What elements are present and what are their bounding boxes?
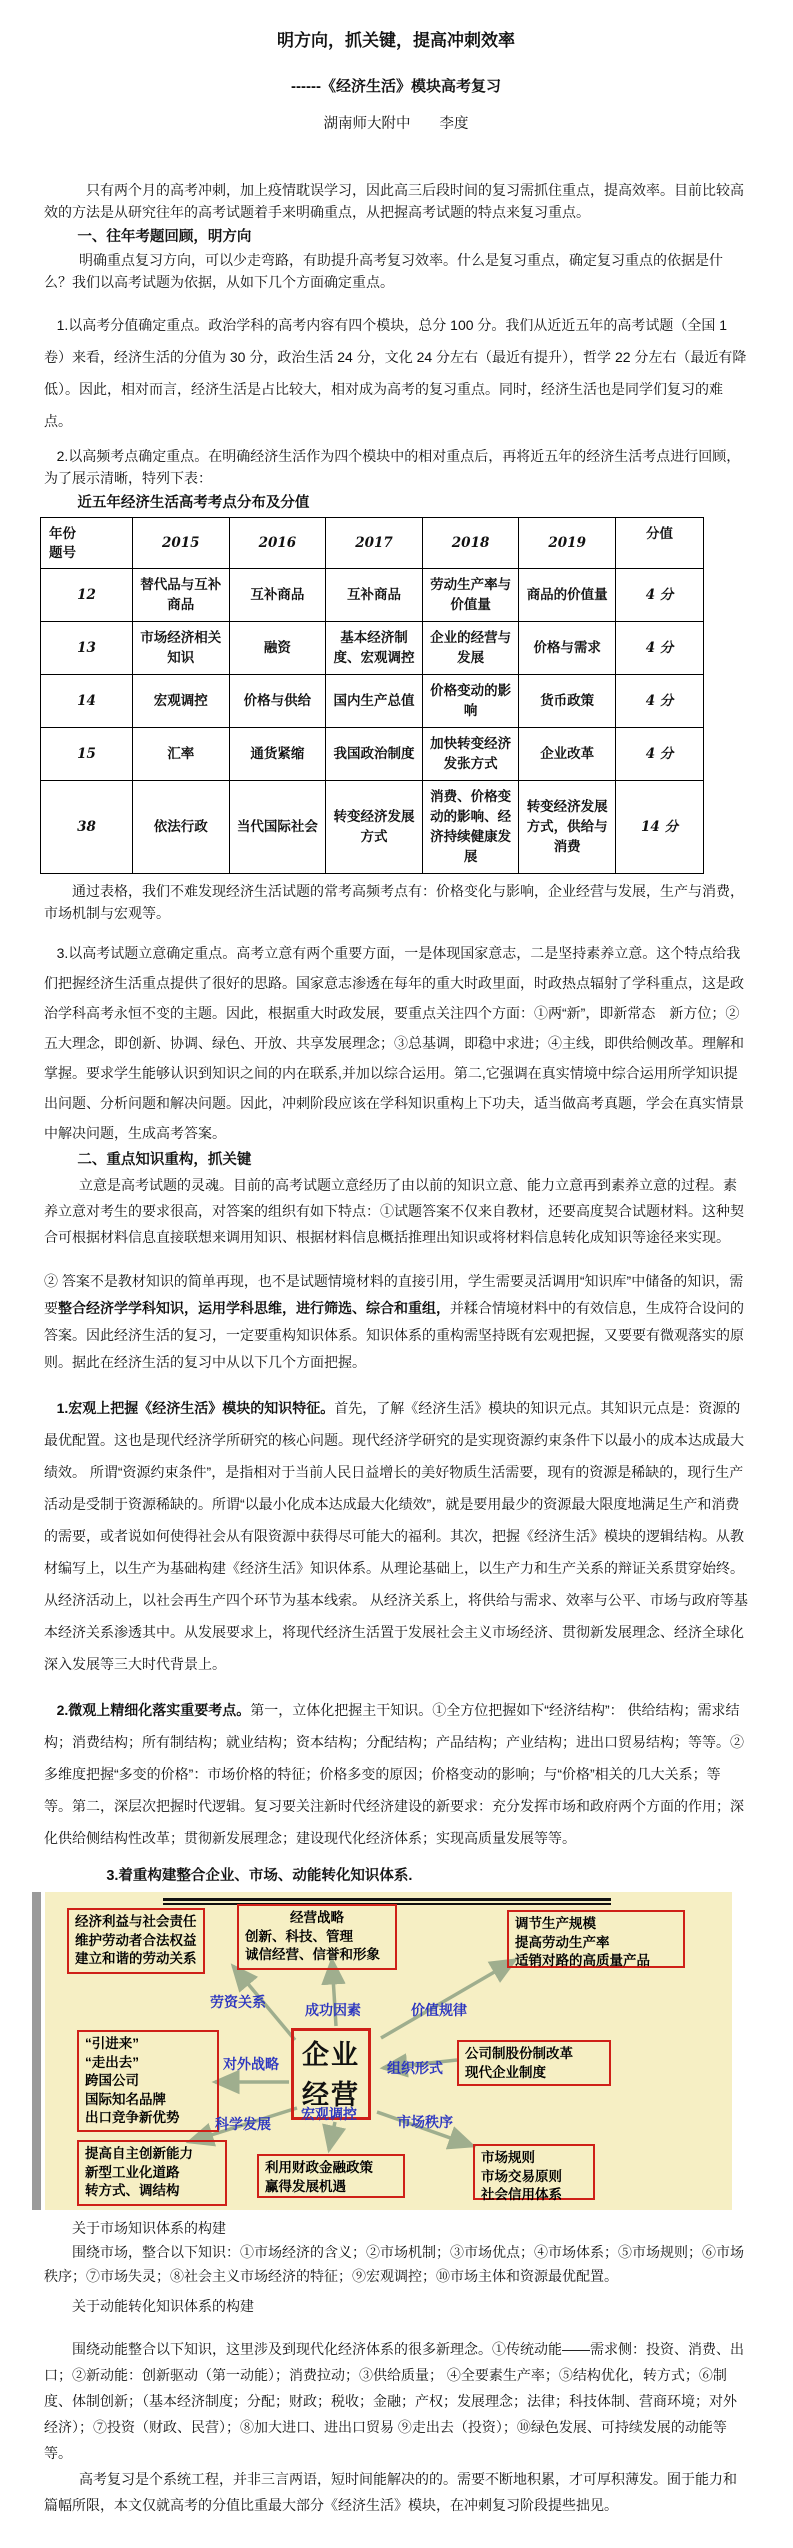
section-heading-3: 3.着重构建整合企业、市场、动能转化知识体系. [106, 1864, 748, 1888]
box-line: 调节生产规模 [515, 1915, 677, 1934]
table-corner-cell: 年份 题号 [41, 518, 133, 569]
edge-label-zuzhi: 组织形式 [387, 2058, 443, 2078]
edge-label-kexue: 科学发展 [215, 2114, 271, 2134]
score-cell: 4 分 [616, 569, 704, 622]
table-cell: 商品的价值量 [519, 569, 616, 622]
edge-label-hongguan: 宏观调控 [301, 2104, 357, 2124]
box-line: 提高劳动生产率 [515, 1934, 677, 1953]
doc-subtitle: ------《经济生活》模块高考复习 [44, 75, 748, 96]
table-cell: 依法行政 [133, 781, 230, 874]
table-cell: 市场经济相关知识 [133, 622, 230, 675]
box-line: 现代企业制度 [465, 2064, 603, 2083]
year-header: 2018 [422, 518, 519, 569]
section-heading-1: 一、往年考题回顾，明方向 [77, 225, 748, 249]
center-line1: 企业 [302, 2035, 360, 2075]
question-no: 38 [41, 781, 133, 874]
table-row: 14 宏观调控 价格与供给 国内生产总值 价格变动的影响 货币政策 4 分 [41, 675, 704, 728]
edge-label-duiwai: 对外战略 [223, 2054, 279, 2074]
diagram-left-scrollbar[interactable] [32, 1892, 41, 2210]
box-line: 赢得发展机遇 [265, 2178, 397, 2197]
table-cell: 价格与需求 [519, 622, 616, 675]
paragraph-point1: 1.以高考分值确定重点。政治学科的高考内容有四个模块，总分 100 分。我们从近… [44, 309, 748, 437]
table-cell: 转变经济发展方式 [326, 781, 423, 874]
box-line: 适销对路的高质量产品 [515, 1952, 677, 1971]
corner-line1: 年份 [49, 524, 129, 543]
paragraph-liyi: 立意是高考试题的灵魂。目前的高考试题立意经历了由以前的知识立意、能力立意再到素养… [44, 1172, 748, 1250]
year-header: 2015 [133, 518, 230, 569]
paragraph-market: 围绕市场，整合以下知识：①市场经济的含义；②市场机制；③市场优点；④市场体系；⑤… [44, 2240, 748, 2288]
table-cell: 宏观调控 [133, 675, 230, 728]
question-no: 14 [41, 675, 133, 728]
box-line: 诚信经营、信誉和形象 [245, 1946, 389, 1965]
table-cell: 当代国际社会 [229, 781, 326, 874]
box-line: “引进来” [85, 2035, 211, 2054]
table-cell: 转变经济发展方式，供给与消费 [519, 781, 616, 874]
doc-author: 湖南师大附中 李度 [44, 112, 748, 133]
table-cell: 替代品与互补商品 [133, 569, 230, 622]
question-no: 12 [41, 569, 133, 622]
table-cell: 互补商品 [326, 569, 423, 622]
year-header: 2016 [229, 518, 326, 569]
macro-rest: 首先，了解《经济生活》模块的知识元点。其知识元点是：资源的最优配置。这也是现代经… [44, 1400, 765, 1672]
corner-line2: 题号 [49, 543, 129, 562]
paragraph-direction: 明确重点复习方向，可以少走弯路，有助提升高考复习效率。什么是复习重点，确定复习重… [44, 249, 748, 293]
box-line: 出口竞争新优势 [85, 2109, 211, 2128]
edge-label-shichang: 市场秩序 [397, 2112, 453, 2132]
table-cell: 融资 [229, 622, 326, 675]
box-line: 经济利益与社会责任 [75, 1913, 197, 1932]
box-innovation: 提高自主创新能力 新型工业化道路 转方式、调结构 [77, 2140, 227, 2206]
table-row: 15 汇率 通货紧缩 我国政治制度 加快转变经济发张方式 企业改革 4 分 [41, 728, 704, 781]
paragraph-final: 高考复习是个系统工程，并非三言两语，短时间能解决的的。需要不断地积累，才可厚积薄… [44, 2466, 748, 2518]
macro-lead: 1.宏观上把握《经济生活》模块的知识特征。 [57, 1400, 335, 1416]
exam-points-table: 年份 题号 2015 2016 2017 2018 2019 分值 12 替代品… [40, 517, 704, 874]
box-business-strategy: 经营战略 创新、科技、管理 诚信经营、信誉和形象 [237, 1904, 397, 1970]
box-fiscal-policy: 利用财政金融政策 赢得发展机遇 [257, 2154, 405, 2198]
year-header: 2019 [519, 518, 616, 569]
document-page: 明方向，抓关键，提高冲刺效率 ------《经济生活》模块高考复习 湖南师大附中… [0, 0, 793, 2548]
table-row: 12 替代品与互补商品 互补商品 互补商品 劳动生产率与价值量 商品的价值量 4… [41, 569, 704, 622]
paragraph-reconstruct: ② 答案不是教材知识的简单再现，也不是试题情境材料的直接引用，学生需要灵活调用“… [44, 1268, 748, 1376]
question-no: 13 [41, 622, 133, 675]
micro-lead: 2.微观上精细化落实重要考点。 [57, 1702, 251, 1718]
box-labor-responsibility: 经济利益与社会责任 维护劳动者合法权益 建立和谐的劳动关系 [67, 1908, 205, 1974]
table-cell: 加快转变经济发张方式 [422, 728, 519, 781]
box-line: 市场规则 [481, 2149, 587, 2168]
table-cell: 劳动生产率与价值量 [422, 569, 519, 622]
box-line: 建立和谐的劳动关系 [75, 1950, 197, 1969]
box-line: 经营战略 [245, 1909, 389, 1928]
reconstruct-bold: 整合经济学学科知识，运用学科思维，进行筛选、综合和重组， [58, 1300, 450, 1316]
table-cell: 货币政策 [519, 675, 616, 728]
table-cell: 通货紧缩 [229, 728, 326, 781]
paragraph-point3: 3.以高考试题立意确定重点。高考立意有两个重要方面，一是体现国家意志，二是坚持素… [44, 938, 748, 1148]
paragraph-dongneng: 围绕动能整合以下知识，这里涉及到现代化经济体系的很多新理念。①传统动能——需求侧… [44, 2336, 748, 2466]
micro-rest: 第一，立体化把握主干知识。①全方位把握如下“经济结构”： 供给结构；需求结构；消… [44, 1702, 744, 1846]
table-header-row: 年份 题号 2015 2016 2017 2018 2019 分值 [41, 518, 704, 569]
paragraph-table-summary: 通过表格，我们不难发现经济生活试题的常考高频考点有：价格变化与影响，企业经营与发… [44, 880, 748, 924]
box-line: 公司制股份制改革 [465, 2045, 603, 2064]
paragraph-dongneng-title: 关于动能转化知识体系的构建 [44, 2294, 748, 2318]
box-line: 转方式、调结构 [85, 2182, 219, 2201]
score-header: 分值 [616, 518, 704, 569]
enterprise-diagram: 经济利益与社会责任 维护劳动者合法权益 建立和谐的劳动关系 经营战略 创新、科技… [32, 1892, 732, 2210]
table-cell: 基本经济制度、宏观调控 [326, 622, 423, 675]
box-line: 维护劳动者合法权益 [75, 1932, 197, 1951]
paragraph-intro: 只有两个月的高考冲刺，加上疫情耽误学习，因此高三后段时间的复习需抓住重点，提高效… [44, 179, 748, 223]
box-line: 国际知名品牌 [85, 2091, 211, 2110]
box-org-form: 公司制股份制改革 现代企业制度 [457, 2040, 611, 2086]
edge-label-laozi: 劳资关系 [210, 1992, 266, 2012]
table-row: 38 依法行政 当代国际社会 转变经济发展方式 消费、价格变动的影响、经济持续健… [41, 781, 704, 874]
paragraph-macro: 1.宏观上把握《经济生活》模块的知识特征。首先，了解《经济生活》模块的知识元点。… [44, 1392, 748, 1680]
doc-title: 明方向，抓关键，提高冲刺效率 [44, 26, 748, 51]
box-opening-up: “引进来” “走出去” 跨国公司 国际知名品牌 出口竞争新优势 [77, 2030, 219, 2132]
table-title: 近五年经济生活高考考点分布及分值 [77, 491, 748, 515]
box-line: 市场交易原则 [481, 2168, 587, 2187]
table-cell: 企业改革 [519, 728, 616, 781]
table-cell: 价格与供给 [229, 675, 326, 728]
paragraph-point2: 2.以高频考点确定重点。在明确经济生活作为四个模块中的相对重点后，再将近五年的经… [44, 445, 748, 489]
box-production-scale: 调节生产规模 提高劳动生产率 适销对路的高质量产品 [507, 1910, 685, 1968]
box-line: 创新、科技、管理 [245, 1928, 389, 1947]
table-row: 13 市场经济相关知识 融资 基本经济制度、宏观调控 企业的经营与发展 价格与需… [41, 622, 704, 675]
box-line: 提高自主创新能力 [85, 2145, 219, 2164]
paragraph-micro: 2.微观上精细化落实重要考点。第一，立体化把握主干知识。①全方位把握如下“经济结… [44, 1694, 748, 1854]
box-line: 跨国公司 [85, 2072, 211, 2091]
score-cell: 14 分 [616, 781, 704, 874]
edge-label-chenggong: 成功因素 [305, 2000, 361, 2020]
table-cell: 我国政治制度 [326, 728, 423, 781]
table-cell: 价格变动的影响 [422, 675, 519, 728]
year-header: 2017 [326, 518, 423, 569]
section-heading-2: 二、重点知识重构，抓关键 [77, 1148, 748, 1172]
score-cell: 4 分 [616, 622, 704, 675]
table-cell: 互补商品 [229, 569, 326, 622]
score-cell: 4 分 [616, 675, 704, 728]
score-cell: 4 分 [616, 728, 704, 781]
diagram-canvas: 经济利益与社会责任 维护劳动者合法权益 建立和谐的劳动关系 经营战略 创新、科技… [45, 1892, 732, 2210]
question-no: 15 [41, 728, 133, 781]
table-cell: 企业的经营与发展 [422, 622, 519, 675]
box-line: “走出去” [85, 2054, 211, 2073]
table-cell: 消费、价格变动的影响、经济持续健康发展 [422, 781, 519, 874]
table-cell: 国内生产总值 [326, 675, 423, 728]
edge-label-jiazhi: 价值规律 [411, 2000, 467, 2020]
box-market-rules: 市场规则 市场交易原则 社会信用体系 [473, 2144, 595, 2200]
paragraph-market-title: 关于市场知识体系的构建 [44, 2216, 748, 2240]
box-line: 新型工业化道路 [85, 2164, 219, 2183]
box-line: 利用财政金融政策 [265, 2159, 397, 2178]
table-cell: 汇率 [133, 728, 230, 781]
box-line: 社会信用体系 [481, 2186, 587, 2205]
